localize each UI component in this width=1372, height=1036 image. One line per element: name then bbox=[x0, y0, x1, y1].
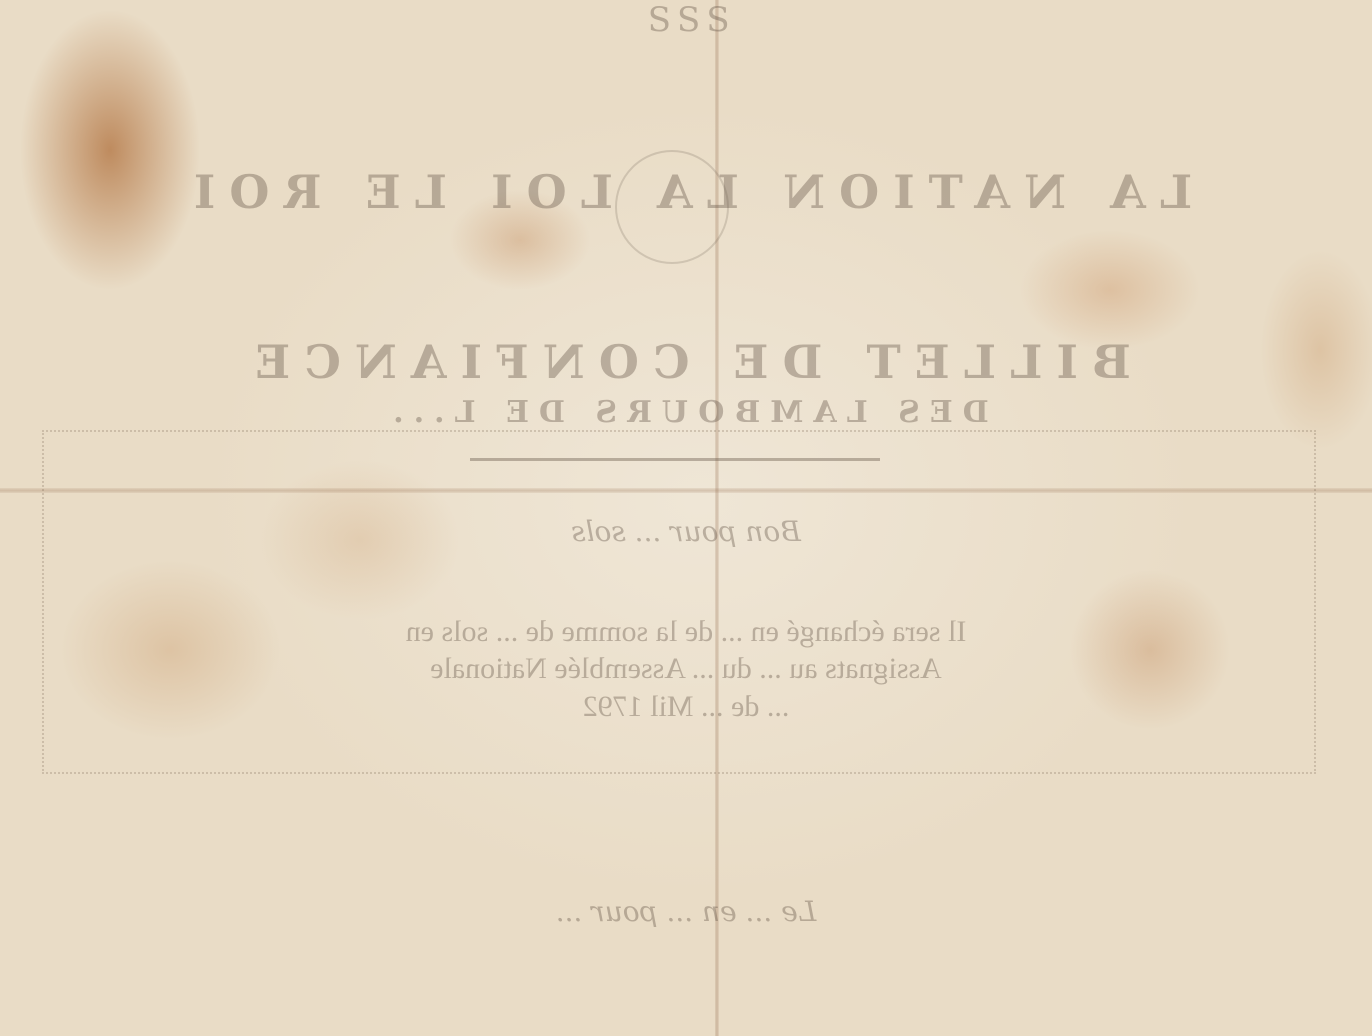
body-line-2: Assignats au ... du ... Assemblée Nation… bbox=[0, 652, 1372, 686]
top-fragment: ƧƧƧ bbox=[0, 0, 1372, 40]
title-line: LA NATION LA LOI LE ROI bbox=[0, 165, 1372, 219]
heading-secondary: DES LAMBOURS DE L... bbox=[0, 395, 1372, 430]
body-line-1: Il sera échangé en ... de la somme de ..… bbox=[0, 615, 1372, 649]
divider-rule bbox=[470, 458, 880, 461]
footer-line: Le ... en ... pour ... bbox=[0, 895, 1372, 928]
heading-primary: BILLET DE CONFIANCE bbox=[0, 335, 1372, 389]
subtitle: Bon pour ... sols bbox=[0, 515, 1372, 548]
body-line-3: ... de ... Mil 1792 bbox=[0, 690, 1372, 724]
